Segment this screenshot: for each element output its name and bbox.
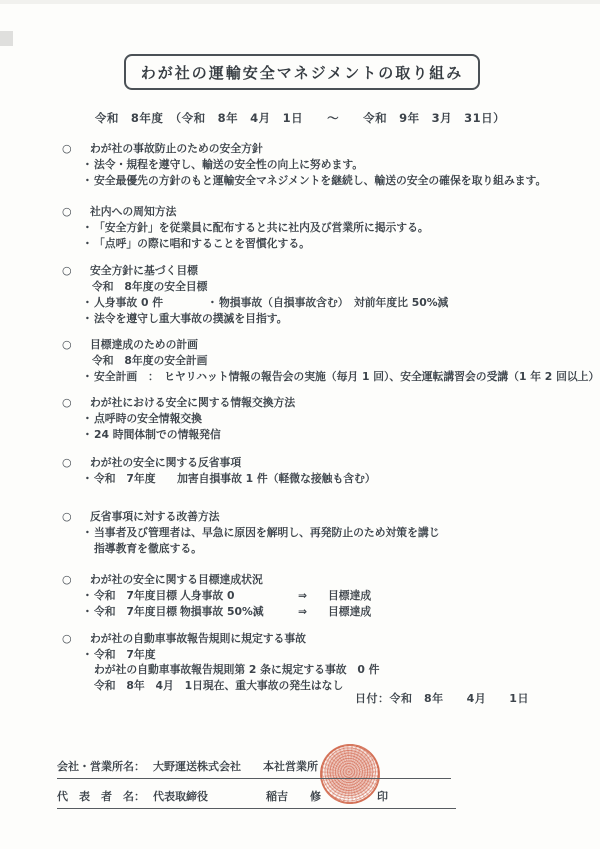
section-heading-row: ○わが社の安全に関する目標達成状況 [62, 572, 592, 588]
bullet-line: ・安全最優先の方針のもと運輸安全マネジメントを継続し、輸送の安全の確保を取り組み… [62, 173, 592, 189]
bullet-text: 令和 7年度 加害自損事故 1 件（軽微な接触も含む） [94, 472, 376, 485]
section-marker: ○ [62, 631, 76, 647]
section-heading: わが社における安全に関する情報交換方法 [90, 395, 295, 411]
section: ○安全方針に基づく目標令和 8年度の安全目標・人身事故 0 件・物損事故（自損事… [62, 263, 592, 326]
section-heading: 社内への周知方法 [90, 204, 176, 220]
pair-left-text: 人身事故 0 件 [94, 295, 207, 311]
bullet-marker: ・ [82, 173, 94, 189]
section-heading-row: ○わが社の安全に関する反省事項 [62, 455, 592, 471]
goal-line: ・令和 7年度目標人身事故 0⇒目標達成 [62, 588, 592, 604]
section-heading-row: ○反省事項に対する改善方法 [62, 509, 592, 525]
goal-item: 人身事故 0 [180, 588, 298, 604]
bullet-line: ・点呼時の安全情報交換 [62, 411, 592, 427]
scan-artifact [0, 31, 13, 46]
section-heading: わが社の自動車事故報告規則に規定する事故 [90, 631, 306, 647]
bullet-text: 令和 7年度 [94, 648, 156, 661]
bullet-marker: ・ [207, 295, 219, 311]
company-value: 大野運送株式会社 本社営業所 [153, 760, 318, 773]
section: ○わが社の事故防止のための安全方針・法令・規程を遵守し、輸送の安全性の向上に努め… [62, 141, 592, 188]
bullet-text: 安全計画 ： ヒヤリハット情報の報告会の実施（毎月 1 回）、安全運転講習会の受… [94, 370, 599, 383]
section-heading-row: ○わが社における安全に関する情報交換方法 [62, 395, 592, 411]
goal-line: ・令和 7年度目標物損事故 50%減⇒目標達成 [62, 604, 592, 620]
company-label: 会社・営業所名： [57, 760, 145, 773]
document-title-box: わが社の運輸安全マネジメントの取り組み [124, 54, 480, 90]
section-heading-row: ○社内への周知方法 [62, 204, 592, 220]
representative-name: 稲吉 修 [266, 790, 321, 803]
bullet-marker: ・ [82, 236, 94, 252]
fiscal-period: 令和 8年度 （令和 8年 4月 1日 ～ 令和 9年 3月 31日） [0, 110, 600, 126]
bullet-text: 24 時間体制での情報発信 [94, 428, 221, 441]
section-marker: ○ [62, 509, 76, 525]
scan-edge-band [0, 0, 600, 4]
goal-arrow: ⇒ [298, 588, 328, 604]
section-heading: わが社の安全に関する目標達成状況 [90, 572, 263, 588]
bullet-marker: ・ [82, 157, 94, 173]
bullet-text: 点呼時の安全情報交換 [94, 412, 202, 425]
section-marker: ○ [62, 572, 76, 588]
section-heading-row: ○目標達成のための計画 [62, 337, 592, 353]
bullet-text: 法令・規程を遵守し、輸送の安全性の向上に努めます。 [94, 158, 363, 171]
goal-item: 物損事故 50%減 [180, 604, 298, 620]
bullet-marker: ・ [82, 588, 94, 604]
bullet-marker: ・ [82, 647, 94, 663]
representative-row: 代 表 者 名：代表取締役稲吉 修印 [57, 788, 456, 809]
bullet-marker: ・ [82, 311, 94, 327]
section: ○わが社における安全に関する情報交換方法・点呼時の安全情報交換・24 時間体制で… [62, 395, 592, 442]
goal-label: 令和 7年度目標 [94, 588, 180, 604]
bullet-text: 「点呼」の際に唱和することを習慣化する。 [94, 237, 310, 250]
bullet-pair-line: ・人身事故 0 件・物損事故（自損事故含む） 対前年度比 50%減 [62, 295, 592, 311]
representative-label: 代 表 者 名： [57, 790, 145, 803]
section: ○社内への周知方法・「安全方針」を従業員に配布すると共に社内及び営業所に掲示する… [62, 204, 592, 251]
section-heading-row: ○安全方針に基づく目標 [62, 263, 592, 279]
section-marker: ○ [62, 395, 76, 411]
bullet-marker: ・ [82, 525, 94, 541]
goal-arrow: ⇒ [298, 604, 328, 620]
section-heading: 反省事項に対する改善方法 [90, 509, 220, 525]
bullet-marker: ・ [82, 220, 94, 236]
bullet-marker: ・ [82, 427, 94, 443]
continuation-line: わが社の自動車事故報告規則第 2 条に規定する事故 0 件 [62, 662, 592, 678]
section: ○わが社の自動車事故報告規則に規定する事故・令和 7年度わが社の自動車事故報告規… [62, 631, 592, 694]
bullet-text: 法令を遵守し重大事故の撲滅を目指す。 [94, 312, 287, 325]
bullet-marker: ・ [82, 369, 94, 385]
representative-title: 代表取締役 [153, 790, 208, 803]
seal-mark-label: 印 [377, 790, 388, 803]
bullet-line: ・法令・規程を遵守し、輸送の安全性の向上に努めます。 [62, 157, 592, 173]
section-marker: ○ [62, 337, 76, 353]
scanned-document-page: わが社の運輸安全マネジメントの取り組み 令和 8年度 （令和 8年 4月 1日 … [0, 0, 600, 849]
bullet-line: ・令和 7年度 加害自損事故 1 件（軽微な接触も含む） [62, 471, 592, 487]
bullet-marker: ・ [82, 295, 94, 311]
sections-container: ○わが社の事故防止のための安全方針・法令・規程を遵守し、輸送の安全性の向上に努め… [62, 141, 592, 693]
bullet-marker: ・ [82, 604, 94, 620]
pair-right-text: 物損事故（自損事故含む） 対前年度比 50%減 [219, 296, 448, 309]
section-marker: ○ [62, 263, 76, 279]
section-marker: ○ [62, 455, 76, 471]
bullet-text: 「安全方針」を従業員に配布すると共に社内及び営業所に掲示する。 [94, 221, 429, 234]
bullet-text: 当事者及び管理者は、早急に原因を解明し、再発防止のため対策を講じ [94, 526, 440, 539]
section-heading: 安全方針に基づく目標 [90, 263, 198, 279]
section-marker: ○ [62, 141, 76, 157]
section: ○目標達成のための計画令和 8年度の安全計画・安全計画 ： ヒヤリハット情報の報… [62, 337, 592, 384]
section-heading-row: ○わが社の自動車事故報告規則に規定する事故 [62, 631, 592, 647]
section: ○反省事項に対する改善方法・当事者及び管理者は、早急に原因を解明し、再発防止のた… [62, 509, 592, 556]
bullet-line: ・安全計画 ： ヒヤリハット情報の報告会の実施（毎月 1 回）、安全運転講習会の… [62, 369, 592, 385]
sub-line: 令和 8年度の安全目標 [62, 279, 592, 295]
bullet-marker: ・ [82, 411, 94, 427]
section-marker: ○ [62, 204, 76, 220]
bullet-line: ・法令を遵守し重大事故の撲滅を目指す。 [62, 311, 592, 327]
bullet-line: ・令和 7年度 [62, 647, 592, 663]
section: ○わが社の安全に関する目標達成状況・令和 7年度目標人身事故 0⇒目標達成・令和… [62, 572, 592, 619]
bullet-line: ・24 時間体制での情報発信 [62, 427, 592, 443]
bullet-line: ・「点呼」の際に唱和することを習慣化する。 [62, 236, 592, 252]
section-heading: 目標達成のための計画 [90, 337, 198, 353]
bullet-line: ・「安全方針」を従業員に配布すると共に社内及び営業所に掲示する。 [62, 220, 592, 236]
date-line: 日付：令和 8年 4月 1日 [355, 690, 529, 706]
bullet-line: ・当事者及び管理者は、早急に原因を解明し、再発防止のため対策を講じ [62, 525, 592, 541]
company-name-row: 会社・営業所名：大野運送株式会社 本社営業所 [57, 758, 451, 779]
continuation-line: 指導教育を徹底する。 [62, 541, 592, 557]
section-heading-row: ○わが社の事故防止のための安全方針 [62, 141, 592, 157]
goal-result: 目標達成 [328, 589, 371, 602]
goal-result: 目標達成 [328, 605, 371, 618]
sub-line: 令和 8年度の安全計画 [62, 353, 592, 369]
document-title: わが社の運輸安全マネジメントの取り組み [141, 62, 464, 83]
bullet-marker: ・ [82, 471, 94, 487]
section: ○わが社の安全に関する反省事項・令和 7年度 加害自損事故 1 件（軽微な接触も… [62, 455, 592, 487]
section-heading: わが社の事故防止のための安全方針 [90, 141, 263, 157]
section-heading: わが社の安全に関する反省事項 [90, 455, 241, 471]
goal-label: 令和 7年度目標 [94, 604, 180, 620]
bullet-text: 安全最優先の方針のもと運輸安全マネジメントを継続し、輸送の安全の確保を取り組みま… [94, 174, 546, 187]
